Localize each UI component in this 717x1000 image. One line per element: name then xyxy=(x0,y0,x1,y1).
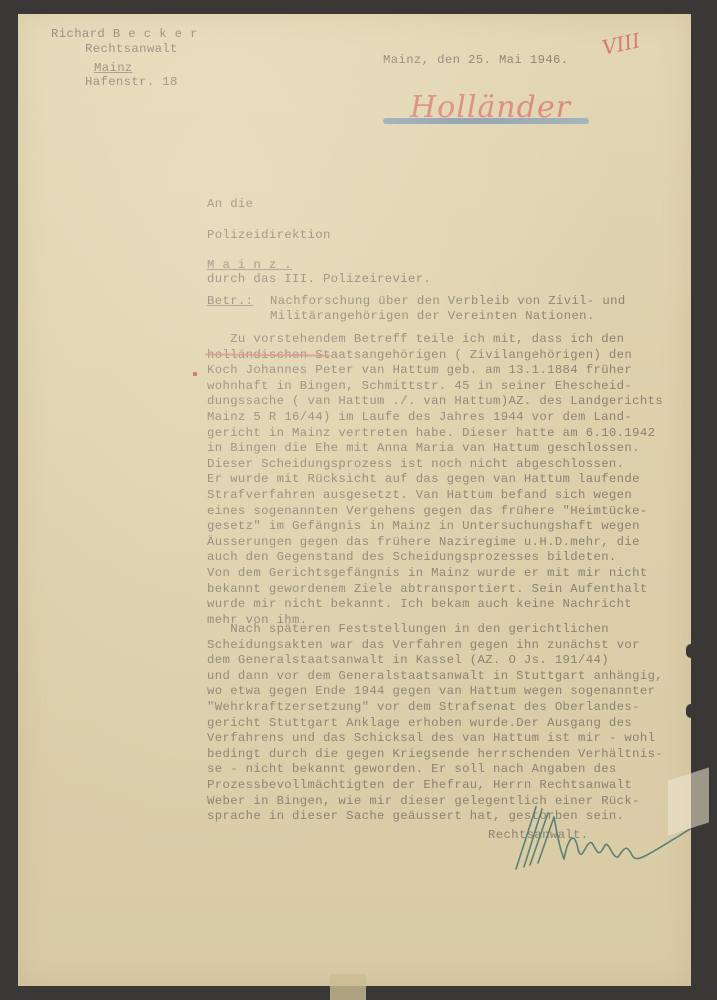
body-line: gesetz" im Gefängnis in Mainz in Untersu… xyxy=(207,519,663,535)
body-line: Nach späteren Feststellungen in den geri… xyxy=(207,622,663,638)
body-line: Dieser Scheidungsprozess ist noch nicht … xyxy=(207,457,663,473)
body-line: gericht Stuttgart Anklage erhoben wurde.… xyxy=(207,716,663,732)
body-line: in Bingen die Ehe mit Anna Maria van Hat… xyxy=(207,441,663,457)
body-line: se - nicht bekannt geworden. Er soll nac… xyxy=(207,762,663,778)
body-line: gericht in Mainz vertreten habe. Dieser … xyxy=(207,426,663,442)
body-line: wo etwa gegen Ende 1944 gegen van Hattum… xyxy=(207,684,663,700)
body-line: und dann vor dem Generalstaatsanwalt in … xyxy=(207,669,663,685)
recipient-line3: durch das III. Polizeirevier. xyxy=(207,272,431,288)
body-line: Von dem Gerichtsgefängnis in Mainz wurde… xyxy=(207,566,663,582)
body-paragraph-1: Zu vorstehendem Betreff teile ich mit, d… xyxy=(207,332,663,628)
paper-fold-mark xyxy=(330,974,366,1000)
tape-residue xyxy=(668,767,709,835)
paper-edge-notch xyxy=(686,704,696,718)
body-line: Zu vorstehendem Betreff teile ich mit, d… xyxy=(207,332,663,348)
letterhead-name: Richard B e c k e r xyxy=(51,27,198,43)
body-line: Scheidungsakten war das Verfahren gegen … xyxy=(207,638,663,654)
recipient-salutation: An die xyxy=(207,197,253,213)
subject-line1: Nachforschung über den Verbleib von Zivi… xyxy=(270,294,626,310)
blue-pencil-stroke xyxy=(383,118,589,124)
body-line: dem Generalstaatsanwalt in Kassel (AZ. O… xyxy=(207,653,663,669)
body-line: "Wehrkraftzersetzung" vor dem Strafsenat… xyxy=(207,700,663,716)
document-page: Richard B e c k e r Rechtsanwalt Mainz H… xyxy=(18,14,691,986)
body-line: auch den Gegenstand des Scheidungsprozes… xyxy=(207,550,663,566)
subject-line2: Militärangehörigen der Vereinten Natione… xyxy=(270,309,595,325)
body-line: bedingt durch die gegen Kriegsende herrs… xyxy=(207,747,663,763)
body-line: wurde mir nicht bekannt. Ich bekam auch … xyxy=(207,597,663,613)
body-line: wohnhaft in Bingen, Schmittstr. 45 in se… xyxy=(207,379,663,395)
annotation-roman-numeral: VIII xyxy=(600,28,642,59)
dateline: Mainz, den 25. Mai 1946. xyxy=(383,53,569,69)
body-line: dungssache ( van Hattum ./. van Hattum)A… xyxy=(207,394,663,410)
subject-label: Betr.: xyxy=(207,294,253,310)
paper-edge-notch xyxy=(686,644,696,658)
body-line: Äusserungen gegen das frühere Naziregime… xyxy=(207,535,663,551)
recipient-line1: Polizeidirektion xyxy=(207,228,331,244)
body-line: Er wurde mit Rücksicht auf das gegen van… xyxy=(207,472,663,488)
letterhead-title: Rechtsanwalt xyxy=(85,42,178,58)
body-line: bekannt gewordenem Ziele abtransportiert… xyxy=(207,582,663,598)
body-line: Koch Johannes Peter van Hattum geb. am 1… xyxy=(207,363,663,379)
body-line: Verfahrens und das Schicksal des van Hat… xyxy=(207,731,663,747)
letterhead-street: Hafenstr. 18 xyxy=(85,75,178,91)
body-line: Strafverfahren ausgesetzt. Van Hattum be… xyxy=(207,488,663,504)
body-line: Prozessbevollmächtigten der Ehefrau, Her… xyxy=(207,778,663,794)
red-pencil-mark xyxy=(193,372,197,376)
body-paragraph-2: Nach späteren Feststellungen in den geri… xyxy=(207,622,663,825)
body-line: Mainz 5 R 16/44) im Laufe des Jahres 194… xyxy=(207,410,663,426)
body-line: eines sogenannten Vergehens gegen das fr… xyxy=(207,504,663,520)
